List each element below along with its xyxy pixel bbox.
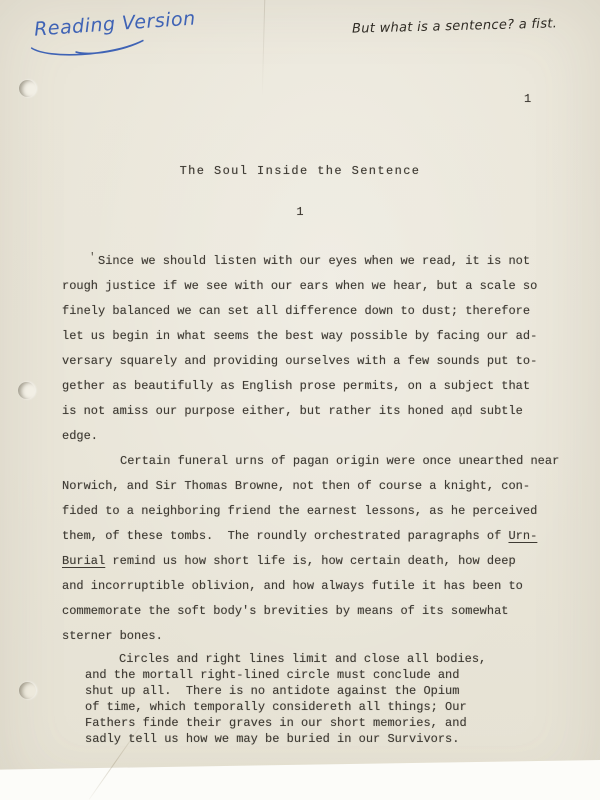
typed-line: sterner bones.: [62, 624, 572, 649]
quote-line: Circles and right lines limit and close …: [85, 651, 565, 667]
underlined-text: Burial: [62, 554, 105, 568]
typed-line: is not amiss our purpose either, but rat…: [62, 399, 572, 424]
typed-line: gether as beautifully as English prose p…: [62, 374, 572, 399]
line-text: them, of these tombs. The roundly orches…: [62, 529, 508, 543]
typed-line: Since we should listen with our eyes whe…: [62, 249, 572, 274]
typed-line: and incorruptible oblivion, and how alwa…: [62, 574, 572, 599]
line-text: fided to a neighboring friend the earnes…: [62, 504, 537, 518]
stray-mark: ': [89, 252, 96, 264]
punch-hole-top: [19, 80, 36, 97]
typed-line: rough justice if we see with our ears wh…: [62, 274, 572, 299]
typed-line: edge.: [62, 424, 572, 449]
typed-line: fided to a neighboring friend the earnes…: [62, 499, 572, 524]
typed-line: commemorate the soft body's brevities by…: [62, 599, 572, 624]
typed-line: Norwich, and Sir Thomas Browne, not then…: [62, 474, 572, 499]
punch-hole-middle: [18, 382, 35, 399]
typed-line: Burial remind us how short life is, how …: [62, 549, 572, 574]
line-text: commemorate the soft body's brevities by…: [62, 604, 508, 618]
line-text: Certain funeral urns of pagan origin wer…: [120, 454, 559, 468]
typed-line: versary squarely and providing ourselves…: [62, 349, 572, 374]
line-text: and incorruptible oblivion, and how alwa…: [62, 579, 523, 593]
line-text: Norwich, and Sir Thomas Browne, not then…: [62, 479, 530, 493]
quote-line: sadly tell us how we may be buried in ou…: [85, 731, 565, 747]
line-text: remind us how short life is, how certain…: [105, 554, 515, 568]
blockquote: Circles and right lines limit and close …: [85, 651, 565, 747]
line-text: sterner bones.: [62, 629, 163, 643]
quote-line: Fathers finde their graves in our short …: [85, 715, 565, 731]
typed-line: let us begin in what seems the best way …: [62, 324, 572, 349]
quote-line: of time, which temporally considereth al…: [85, 699, 565, 715]
quote-line: shut up all. There is no antidote agains…: [85, 683, 565, 699]
typed-line: finely balanced we can set all differenc…: [62, 299, 572, 324]
quote-line: and the mortall right-lined circle must …: [85, 667, 565, 683]
page-number: 1: [524, 92, 531, 106]
body-text: Since we should listen with our eyes whe…: [62, 249, 572, 649]
typed-line: Certain funeral urns of pagan origin wer…: [62, 449, 572, 474]
scanned-manuscript-screenshot: { "page_number": "1", "annotations": { "…: [0, 0, 600, 800]
title-block: The Soul Inside the Sentence 1: [55, 164, 545, 219]
document-title: The Soul Inside the Sentence: [55, 164, 545, 178]
section-number: 1: [55, 205, 545, 219]
punch-hole-bottom: [19, 682, 36, 699]
typed-line: them, of these tombs. The roundly orches…: [62, 524, 572, 549]
underlined-text: Urn-: [508, 529, 537, 543]
